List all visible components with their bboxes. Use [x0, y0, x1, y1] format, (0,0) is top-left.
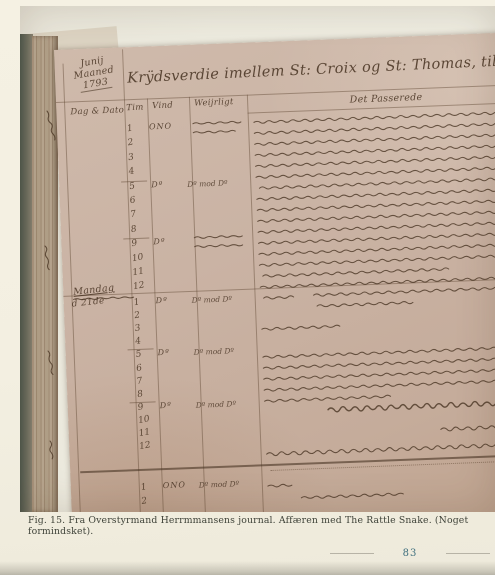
weather-value: Dº mod Dº [199, 479, 240, 490]
grid-line [247, 95, 265, 512]
handwriting-line [259, 177, 495, 189]
wind-value: Dº [156, 296, 169, 305]
handwriting-line [301, 493, 403, 499]
hour-cell: 11 [138, 426, 156, 439]
hour-cell: 2 [141, 494, 159, 507]
handwriting-line [194, 235, 242, 239]
handwriting-line [193, 121, 241, 125]
book-page: Junij Maaned 1793 Krÿdsverdie imellem St… [0, 0, 495, 575]
day-separator-line [63, 278, 495, 297]
hour-cell: 7 [130, 208, 148, 221]
journal-title: Krÿdsverdie imellem St: Croix og St: Tho… [127, 53, 495, 87]
wind-value: Dº [151, 179, 164, 188]
handwriting-line [258, 221, 495, 234]
handwriting-line [264, 379, 495, 391]
hour-cell: 9 [131, 237, 149, 250]
handwriting-line [254, 122, 495, 135]
hour-cell: 6 [129, 194, 147, 207]
handwriting-line [268, 484, 292, 487]
weather-value: Dº mod Dº [192, 294, 233, 305]
hour-cell: 2 [127, 136, 145, 149]
handwriting-line [317, 301, 413, 307]
weather-value: Dº mod Dº [187, 178, 228, 189]
handwriting-line [264, 296, 294, 300]
hour-cell: 6 [135, 361, 153, 374]
handwriting-line [257, 199, 495, 212]
handwriting-line [267, 442, 495, 456]
hour-cell: 9 [137, 400, 155, 413]
hour-cell: 10 [131, 251, 149, 264]
handwriting-line [328, 400, 495, 412]
day-name: Mandag [73, 282, 115, 297]
hour-cell: 5 [129, 179, 147, 192]
hour-cell: 1 [140, 480, 158, 493]
handwriting-line [265, 395, 391, 402]
wind-value: Dº [158, 348, 171, 357]
wind-value: ONO [163, 480, 186, 490]
hour-cell: 1 [126, 122, 144, 135]
hour-cell: 8 [136, 387, 154, 400]
handwriting-line [441, 424, 495, 431]
hour-cell: 11 [132, 266, 150, 279]
column-header-hour: Tim [126, 103, 144, 114]
handwriting-layer [54, 32, 495, 512]
hour-cell: 12 [139, 439, 157, 452]
hour-cell: 4 [134, 335, 152, 348]
handwriting-line [256, 155, 495, 168]
figure-caption: Fig. 15. Fra Overstyrmand Herrmmansens j… [28, 515, 490, 537]
hour-cell: 12 [132, 280, 150, 293]
footer-rule [446, 553, 490, 554]
weather-value: Dº mod Dº [196, 399, 237, 410]
hour-cell: 3 [127, 150, 145, 163]
date-box: Junij Maaned 1793 [65, 52, 124, 94]
wind-value: Dº [153, 237, 166, 246]
footer-rule [330, 553, 374, 554]
hour-cell: 7 [136, 374, 154, 387]
hour-cell: 8 [130, 222, 148, 235]
hour-cell: 1 [133, 295, 151, 308]
hour-cell: 5 [135, 348, 153, 361]
page-number: 83 [403, 548, 418, 559]
handwriting-line [193, 130, 235, 133]
page-footer: 83 [330, 547, 490, 559]
handwriting-line [262, 325, 340, 330]
hour-cell: 2 [133, 309, 151, 322]
journal-photograph: Junij Maaned 1793 Krÿdsverdie imellem St… [20, 6, 495, 512]
hour-cell: 4 [128, 165, 146, 178]
handwriting-line [264, 368, 495, 380]
column-header-weather: Weijrligt [194, 97, 234, 109]
hour-cell: 3 [134, 322, 152, 335]
handwriting-line [258, 210, 495, 223]
handwriting-line [259, 243, 495, 256]
handwriting-line [255, 144, 495, 157]
handwriting-line [256, 166, 495, 179]
handwriting-line [263, 268, 449, 278]
column-header-wind: Vind [152, 100, 173, 111]
handwriting-line [257, 188, 495, 201]
weather-value: Dº mod Dº [194, 347, 235, 358]
column-header-day: Dag & Dato [70, 105, 124, 117]
handwriting-line [259, 254, 495, 267]
handwriting-line [255, 133, 495, 146]
wind-value: Dº [160, 401, 173, 410]
journal-page: Junij Maaned 1793 Krÿdsverdie imellem St… [54, 32, 495, 512]
day-date: d 21de [71, 296, 105, 310]
handwriting-line [263, 346, 495, 358]
handwriting-line [259, 232, 495, 245]
handwriting-line [263, 357, 495, 369]
hour-cell: 10 [137, 413, 155, 426]
book-page-edges [32, 36, 58, 512]
handwriting-line [195, 244, 243, 248]
handwriting-line [314, 286, 495, 297]
handwriting-line [254, 111, 495, 124]
wind-value: ONO [149, 122, 172, 132]
